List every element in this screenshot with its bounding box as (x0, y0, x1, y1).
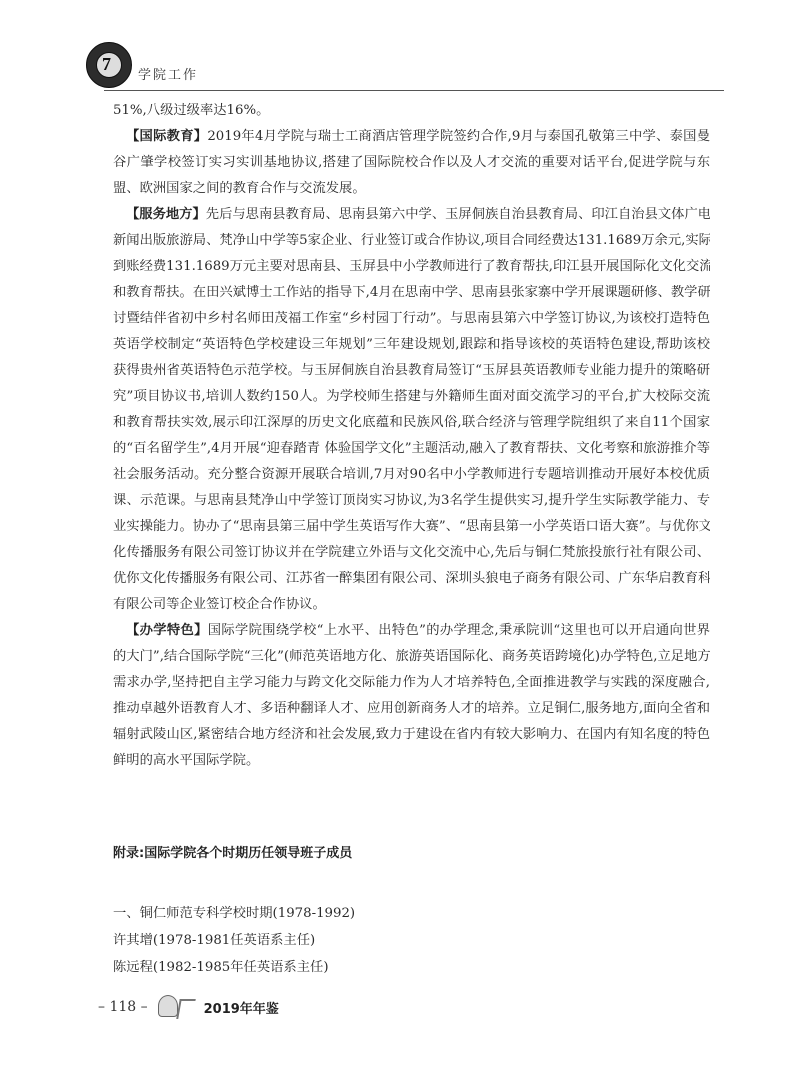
text-line: 鲜明的高水平国际学院。 (113, 748, 710, 774)
text-line: 和教育帮扶实效,展示印江深厚的历史文化底蕴和民族风俗,联合经济与管理学院组织了来… (113, 410, 710, 436)
paragraph-international-education-line: 【国际教育】2019年4月学院与瑞士工商酒店管理学院签约合作,9月与泰国孔敬第三… (113, 124, 710, 150)
page-number: – 118 – (98, 999, 148, 1015)
text-line: 讨暨结伴省初中乡村名师田茂福工作室“乡村园丁行动”。与思南县第六中学签订协议,为… (113, 306, 710, 332)
text-line: 新闻出版旅游局、梵净山中学等5家企业、行业签订或合作协议,项目合同经费达131.… (113, 228, 710, 254)
text-line: 和教育帮扶。在田兴斌博士工作站的指导下,4月在思南中学、思南县张家寨中学开展课题… (113, 280, 710, 306)
list-item: 陈远程(1982-1985年任英语系主任) (113, 954, 355, 981)
intro-line: 51%,八级过级率达16%。 (113, 98, 710, 124)
paragraph-tag: 【办学特色】 (126, 623, 208, 638)
text-line: 到账经费131.1689万元主要对思南县、玉屏县中小学教师进行了教育帮扶,印江县… (113, 254, 710, 280)
text-line: 优你文化传播服务有限公司、江苏省一醉集团有限公司、深圳头狼电子商务有限公司、广东… (113, 566, 710, 592)
section-title: 学院工作 (138, 64, 198, 83)
text-line: 谷广肇学校签订实习实训基地协议,搭建了国际院校合作以及人才交流的重要对话平台,促… (113, 150, 710, 176)
paragraph-tag: 【国际教育】 (126, 129, 207, 144)
text-line: 化传播服务有限公司签订协议并在学院建立外语与文化交流中心,先后与铜仁梵旅投旅行社… (113, 540, 710, 566)
text-line: 的大门”,结合国际学院“三化”(师范英语地方化、旅游英语国际化、商务英语跨境化)… (113, 644, 710, 670)
text-line: 英语学校制定“英语特色学校建设三年规划”三年建设规划,跟踪和指导该校的英语特色建… (113, 332, 710, 358)
header-divider (104, 90, 724, 91)
body-text: 51%,八级过级率达16%。 【国际教育】2019年4月学院与瑞士工商酒店管理学… (113, 98, 710, 774)
leadership-list: 一、铜仁师范专科学校时期(1978-1992) 许其增(1978-1981任英语… (113, 900, 355, 981)
publication-title: 2019年年鉴 (204, 998, 279, 1017)
paragraph-local-service-line: 【服务地方】先后与思南县教育局、思南县第六中学、玉屏侗族自治县教育局、印江自治县… (113, 202, 710, 228)
university-logo-icon: 7 (86, 42, 132, 88)
text-line: 究”项目协议书,培训人数约150人。为学校师生搭建与外籍师生面对面交流学习的平台… (113, 384, 710, 410)
text-line: 的“百名留学生”,4月开展“迎春踏青 体验国学文化”主题活动,融入了教育帮扶、文… (113, 436, 710, 462)
paragraph-tag: 【服务地方】 (126, 207, 206, 222)
text-line: 课、示范课。与思南县梵净山中学签订顶岗实习协议,为3名学生提供实习,提升学生实际… (113, 488, 710, 514)
text-line: 盟、欧洲国家之间的教育合作与交流发展。 (113, 176, 710, 202)
text-line: 有限公司等企业签订校企合作协议。 (113, 592, 710, 618)
paragraph-school-features-line: 【办学特色】国际学院围绕学校“上水平、出特色”的办学理念,秉承院训“这里也可以开… (113, 618, 710, 644)
page-footer: – 118 – 2019年年鉴 (98, 992, 279, 1022)
list-item: 许其增(1978-1981任英语系主任) (113, 927, 355, 954)
page-header: 7 学院工作 (62, 42, 724, 94)
text-line: 需求办学,坚持把自主学习能力与跨文化交际能力作为人才培养特色,全面推进教学与实践… (113, 670, 710, 696)
text-line: 获得贵州省英语特色示范学校。与玉屏侗族自治县教育局签订“玉屏县英语教师专业能力提… (113, 358, 710, 384)
yearbook-emblem-icon (156, 993, 196, 1021)
text-line: 推动卓越外语教育人才、多语种翻译人才、应用创新商务人才的培养。立足铜仁,服务地方… (113, 696, 710, 722)
text-line: 辐射武陵山区,紧密结合地方经济和社会发展,致力于建设在省内有较大影响力、在国内有… (113, 722, 710, 748)
appendix-title: 附录:国际学院各个时期历任领导班子成员 (113, 842, 352, 861)
text-line: 业实操能力。协办了“思南县第三届中学生英语写作大赛”、“思南县第一小学英语口语大… (113, 514, 710, 540)
list-item: 一、铜仁师范专科学校时期(1978-1992) (113, 900, 355, 927)
text-line: 社会服务活动。充分整合资源开展联合培训,7月对90名中小学教师进行专题培训推动开… (113, 462, 710, 488)
